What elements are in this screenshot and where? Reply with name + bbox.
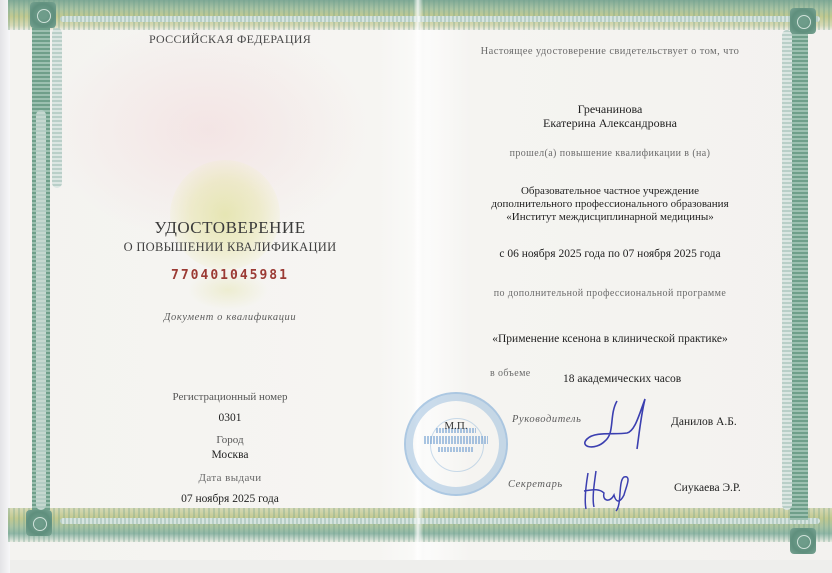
- right-border-ribbon: [782, 30, 792, 510]
- intro-text: Настоящее удостоверение свидетельствует …: [440, 46, 780, 57]
- secretary-signature: [580, 465, 640, 515]
- corner-ornament-top-right: [790, 8, 816, 34]
- signature-role-secretary: Секретарь: [508, 479, 563, 490]
- corner-ornament-top-left: [30, 2, 56, 28]
- registration-number: 0301: [90, 412, 370, 424]
- recipient-surname: Гречанинова: [440, 102, 780, 117]
- signature-role-director: Руководитель: [512, 414, 581, 425]
- official-stamp: М.П.: [404, 392, 508, 496]
- volume-hours: 18 академических часов: [563, 373, 681, 385]
- page-edge: [0, 0, 10, 573]
- signatory-name-secretary: Сиукаева Э.Р.: [674, 482, 741, 494]
- left-border-ribbon-lower: [36, 110, 46, 510]
- document-subtitle: О ПОВЫШЕНИИ КВАЛИФИКАЦИИ: [90, 240, 370, 255]
- bottom-border-ribbon: [60, 518, 820, 524]
- registration-label: Регистрационный номер: [90, 391, 370, 403]
- document-title: УДОСТОВЕРЕНИЕ: [90, 218, 370, 238]
- city: Москва: [90, 449, 370, 461]
- director-signature: [575, 395, 660, 455]
- recipient-given-names: Екатерина Александровна: [440, 116, 780, 131]
- institution-line-1: Образовательное частное учреждение: [440, 185, 780, 197]
- stamp-text-line: [438, 447, 474, 452]
- left-border-ribbon: [52, 28, 62, 188]
- right-border-bar: [790, 20, 808, 520]
- issue-date-label: Дата выдачи: [90, 472, 370, 484]
- top-border-ribbon: [60, 16, 820, 22]
- serial-number: 770401045981: [90, 268, 370, 283]
- completed-label: прошел(а) повышение квалификации в (на): [440, 148, 780, 159]
- country-name: РОССИЙСКАЯ ФЕДЕРАЦИЯ: [90, 32, 370, 47]
- issue-date: 07 ноября 2025 года: [90, 493, 370, 505]
- stamp-mp-label: М.П.: [406, 420, 506, 432]
- program-label: по дополнительной профессиональной прогр…: [440, 288, 780, 299]
- city-label: Город: [90, 434, 370, 446]
- signatory-name-director: Данилов А.Б.: [671, 416, 737, 428]
- training-period: с 06 ноября 2025 года по 07 ноября 2025 …: [440, 248, 780, 260]
- institution-line-3: «Институт междисциплинарной медицины»: [440, 211, 780, 223]
- document-type: Документ о квалификации: [90, 312, 370, 323]
- stamp-text-line: [424, 436, 488, 444]
- program-name: «Применение ксенона в клинической практи…: [440, 333, 780, 345]
- corner-ornament-bottom-left: [26, 510, 52, 536]
- institution-line-2: дополнительного профессионального образо…: [440, 198, 780, 210]
- corner-ornament-bottom-right: [790, 528, 816, 554]
- volume-label: в объеме: [490, 368, 531, 379]
